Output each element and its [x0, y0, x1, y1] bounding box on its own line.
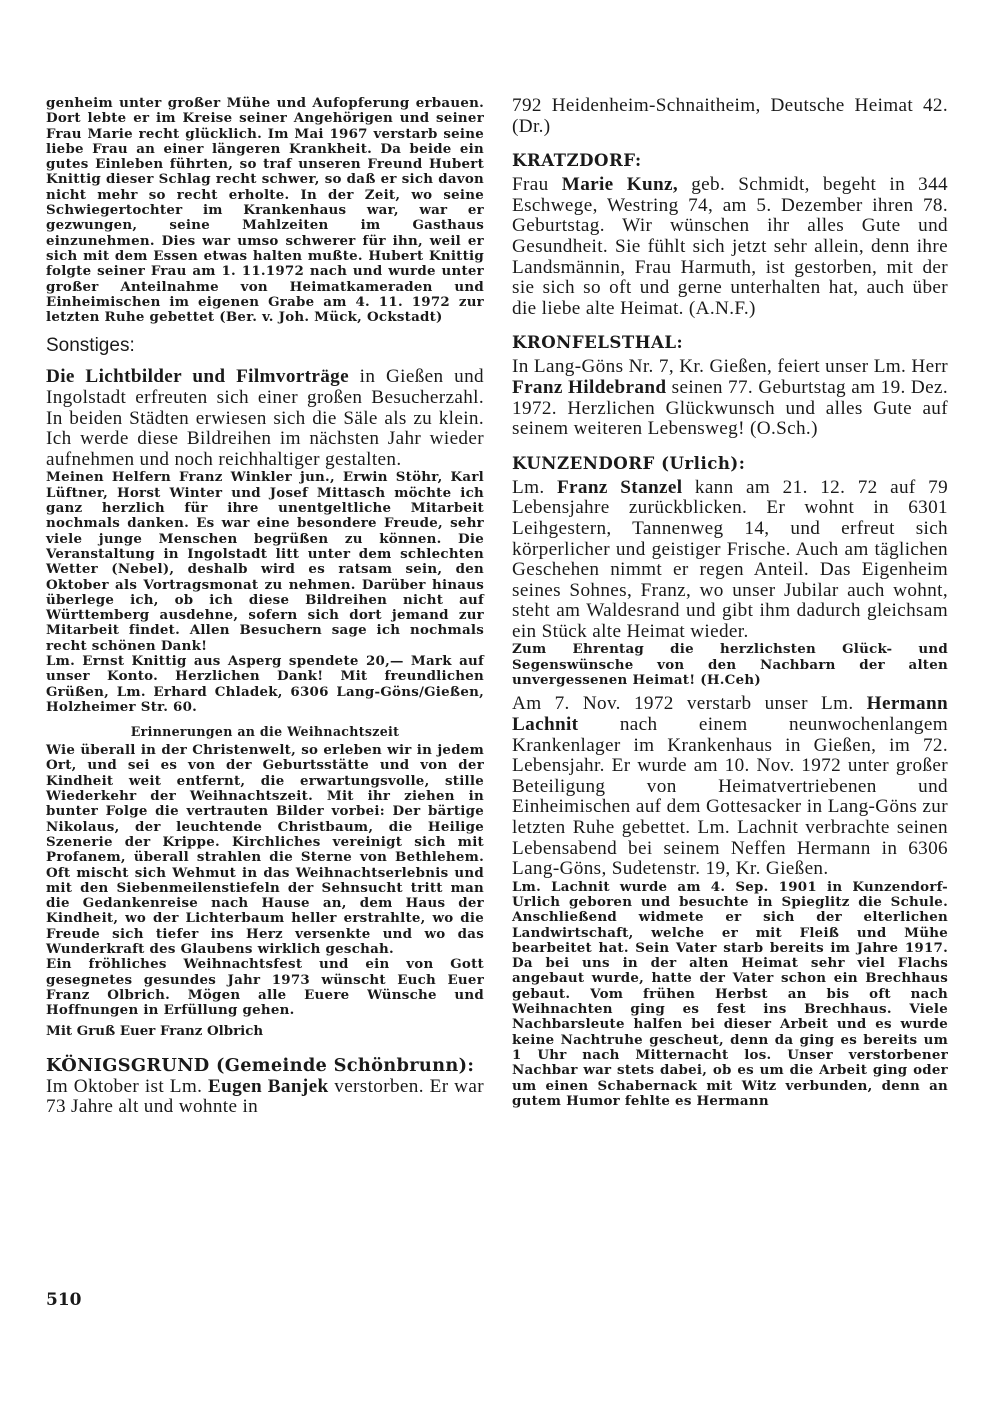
lachnit-biography: Lm. Lachnit wurde am 4. Sep. 1901 in Kun… — [512, 880, 948, 1109]
kronfelsthal-paragraph: In Lang-Göns Nr. 7, Kr. Gießen, feiert u… — [512, 357, 948, 439]
lichtbilder-paragraph: Die Lichtbilder und Filmvorträge in Gieß… — [46, 367, 484, 470]
helfer-paragraph: Meinen Helfern Franz Winkler jun., Erwin… — [46, 470, 484, 654]
kratzdorf-text-after: geb. Schmidt, begeht in 344 Eschwege, We… — [512, 174, 948, 319]
continued-address: 792 Heidenheim-Schnaitheim, Deutsche Hei… — [512, 96, 948, 137]
section-heading-koenigsgrund: KÖNIGSGRUND (Gemeinde Schönbrunn): — [46, 1055, 484, 1077]
kunzendorf-paragraph: Lm. Franz Stanzel kann am 21. 12. 72 auf… — [512, 478, 948, 643]
lachnit-text-before: Am 7. Nov. 1972 verstarb unser Lm. — [512, 693, 867, 714]
kronfelsthal-name: Franz Hildebrand — [512, 377, 666, 398]
lichtbilder-lead: Die Lichtbilder und Filmvorträge — [46, 366, 349, 387]
weihnacht-paragraph: Wie überall in der Christenwelt, so erle… — [46, 743, 484, 957]
section-heading-kunzendorf: KUNZENDORF (Urlich): — [512, 452, 948, 474]
spende-name: Chladek, — [215, 684, 283, 700]
koenigsgrund-paragraph: Im Oktober ist Lm. Eugen Banjek verstorb… — [46, 1077, 484, 1118]
obituary-continued: genheim unter großer Mühe und Aufopferun… — [46, 96, 484, 325]
right-column: 792 Heidenheim-Schnaitheim, Deutsche Hei… — [512, 96, 948, 1109]
kunzendorf-text-before: Lm. — [512, 477, 557, 498]
weihnacht-heading: Erinnerungen an die Weihnachtszeit — [46, 724, 484, 740]
section-heading-kratzdorf: KRATZDORF: — [512, 149, 948, 171]
kunzendorf-name: Franz Stanzel — [557, 477, 682, 498]
kratzdorf-name: Marie Kunz, — [562, 174, 678, 195]
left-column: genheim unter großer Mühe und Aufopferun… — [46, 96, 484, 1118]
signoff: Mit Gruß Euer Franz Olbrich — [46, 1023, 484, 1039]
page-number: 510 — [46, 1290, 82, 1310]
koenigsgrund-name: Eugen Banjek — [208, 1076, 329, 1097]
section-heading-sonstiges: Sonstiges: — [46, 335, 484, 357]
newspaper-page: genheim unter großer Mühe und Aufopferun… — [0, 0, 1000, 1413]
kronfelsthal-text-before: In Lang-Göns Nr. 7, Kr. Gießen, feiert u… — [512, 356, 948, 377]
kratzdorf-text-before: Frau — [512, 174, 562, 195]
lachnit-text-after: nach einem neunwochenlangem Krankenlager… — [512, 714, 948, 879]
spende-paragraph: Lm. Ernst Knittig aus Asperg spendete 20… — [46, 654, 484, 715]
section-heading-kronfelsthal: KRONFELSTHAL: — [512, 331, 948, 353]
koenigsgrund-text-before: Im Oktober ist Lm. — [46, 1076, 208, 1097]
kunzendorf-text-after: kann am 21. 12. 72 auf 79 Lebensjahre zu… — [512, 477, 948, 642]
lachnit-obituary: Am 7. Nov. 1972 verstarb unser Lm. Herma… — [512, 694, 948, 879]
wunsch-paragraph: Ein fröhliches Weihnachtsfest und ein vo… — [46, 957, 484, 1018]
kratzdorf-paragraph: Frau Marie Kunz, geb. Schmidt, begeht in… — [512, 175, 948, 319]
kunzendorf-greeting: Zum Ehrentag die herzlichsten Glück- und… — [512, 642, 948, 688]
